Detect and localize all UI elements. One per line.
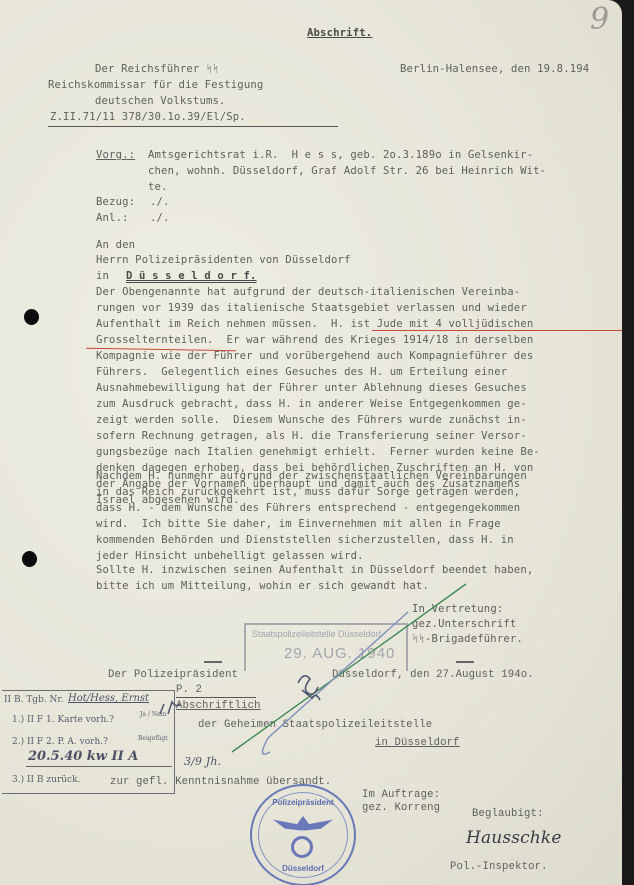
handwritten-initials xyxy=(298,676,320,700)
routing-initials xyxy=(160,702,180,714)
green-pen-stroke xyxy=(232,584,466,752)
blue-pen-stroke xyxy=(262,612,408,754)
pen-strokes xyxy=(0,0,622,885)
document-page: 9 Abschrift. Der Reichsführer ᛋᛋ Reichsk… xyxy=(0,0,622,885)
